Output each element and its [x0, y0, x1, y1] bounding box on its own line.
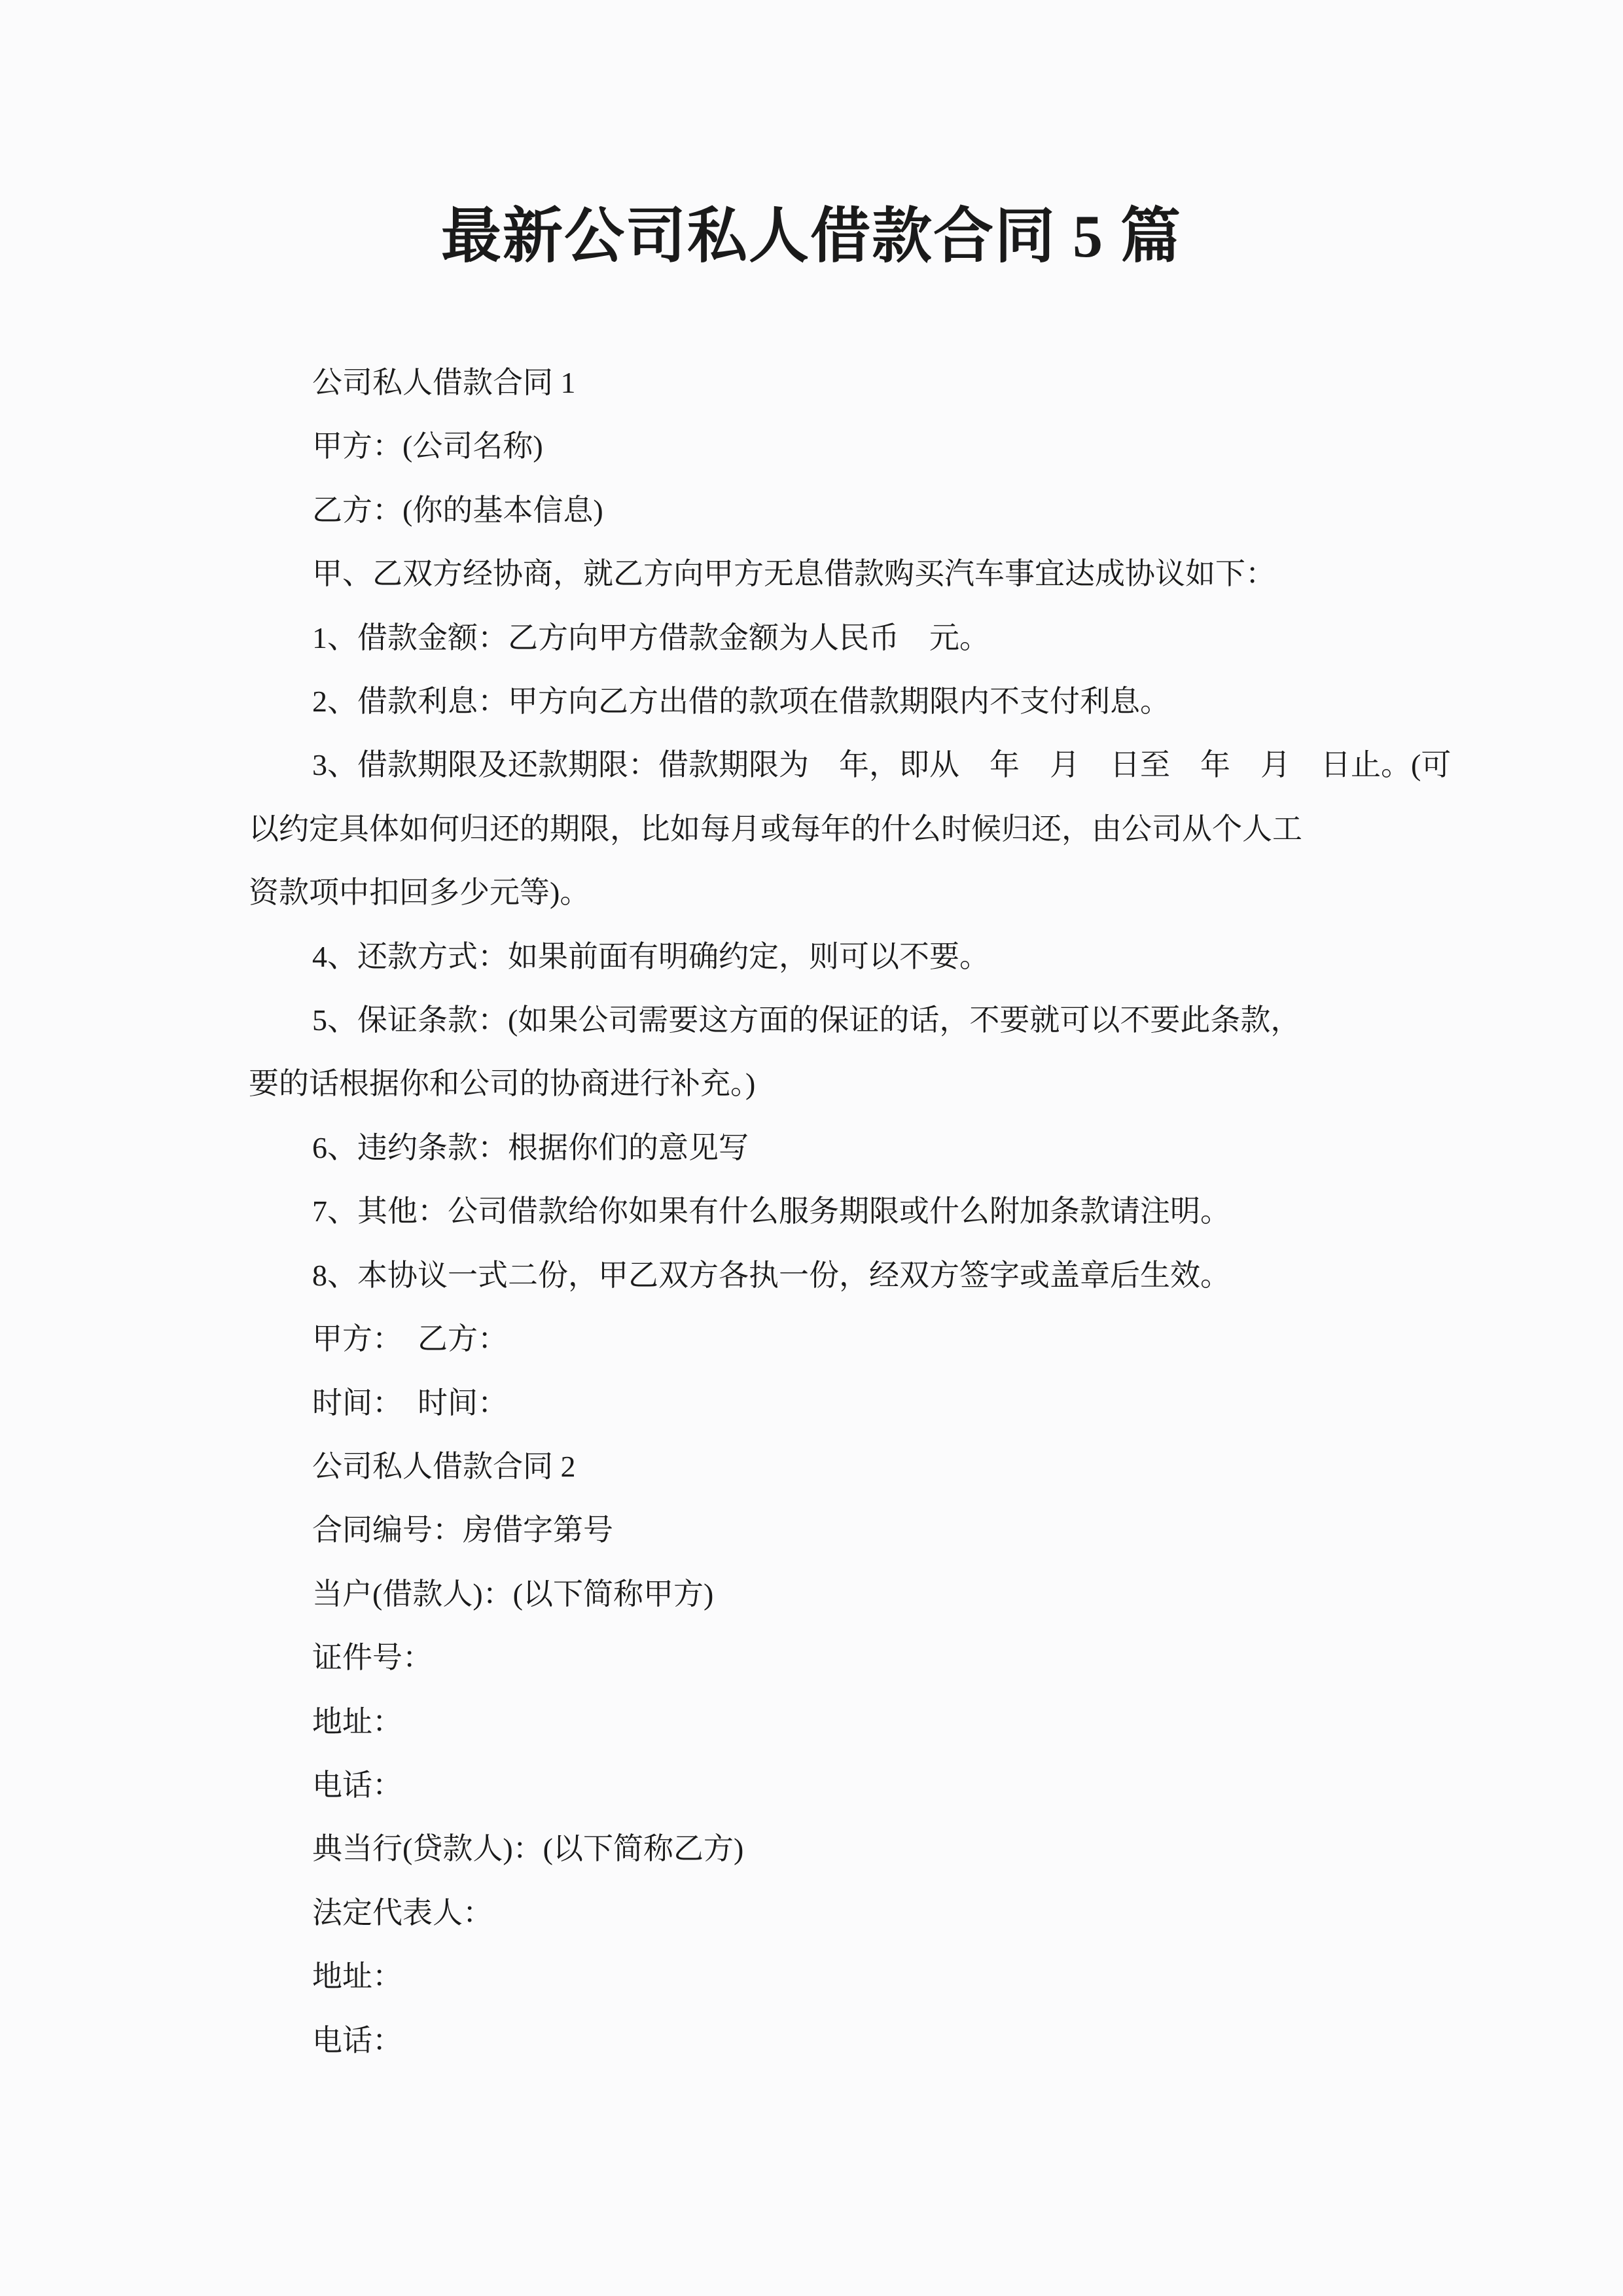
document-line: 1、借款金额：乙方向甲方借款金额为人民币 元。: [249, 606, 1414, 670]
document-line: 法定代表人：: [249, 1881, 1414, 1945]
document-line: 地址：: [249, 1690, 1414, 1753]
document-line: 甲方：(公司名称): [249, 414, 1414, 478]
document-title: 最新公司私人借款合同 5 篇: [0, 200, 1623, 272]
document-line: 8、本协议一式二份，甲乙双方各执一份，经双方签字或盖章后生效。: [249, 1244, 1414, 1307]
document-line: 地址：: [249, 1945, 1414, 2008]
document-line: 乙方：(你的基本信息): [249, 478, 1414, 542]
document-line: 电话：: [249, 1753, 1414, 1817]
document-line: 公司私人借款合同 2: [249, 1435, 1414, 1498]
document-line: 典当行(贷款人)：(以下简称乙方): [249, 1817, 1414, 1880]
document-line: 5、保证条款：(如果公司需要这方面的保证的话，不要就可以不要此条款，: [249, 988, 1414, 1052]
document-line: 以约定具体如何归还的期限，比如每月或每年的什么时候归还，由公司从个人工: [249, 797, 1414, 861]
document-line: 2、借款利息：甲方向乙方出借的款项在借款期限内不支付利息。: [249, 670, 1414, 733]
document-line: 6、违约条款：根据你们的意见写: [249, 1116, 1414, 1179]
document-line: 7、其他：公司借款给你如果有什么服务期限或什么附加条款请注明。: [249, 1179, 1414, 1243]
document-line: 甲方： 乙方：: [249, 1307, 1414, 1371]
document-line: 时间： 时间：: [249, 1371, 1414, 1435]
document-line: 资款项中扣回多少元等)。: [249, 861, 1414, 924]
document-line: 电话：: [249, 2009, 1414, 2072]
document-line: 当户(借款人)：(以下简称甲方): [249, 1562, 1414, 1626]
document-line: 4、还款方式：如果前面有明确约定，则可以不要。: [249, 925, 1414, 988]
document-line: 公司私人借款合同 1: [249, 351, 1414, 414]
document-page: 最新公司私人借款合同 5 篇 公司私人借款合同 1甲方：(公司名称)乙方：(你的…: [0, 0, 1623, 2296]
document-line: 合同编号：房借字第号: [249, 1498, 1414, 1562]
document-line: 证件号：: [249, 1626, 1414, 1689]
document-line: 3、借款期限及还款期限：借款期限为 年，即从 年 月 日至 年 月 日止。(可: [249, 733, 1414, 797]
document-line: 要的话根据你和公司的协商进行补充。): [249, 1052, 1414, 1115]
document-body: 公司私人借款合同 1甲方：(公司名称)乙方：(你的基本信息)甲、乙双方经协商，就…: [249, 351, 1414, 2072]
document-line: 甲、乙双方经协商，就乙方向甲方无息借款购买汽车事宜达成协议如下：: [249, 542, 1414, 605]
